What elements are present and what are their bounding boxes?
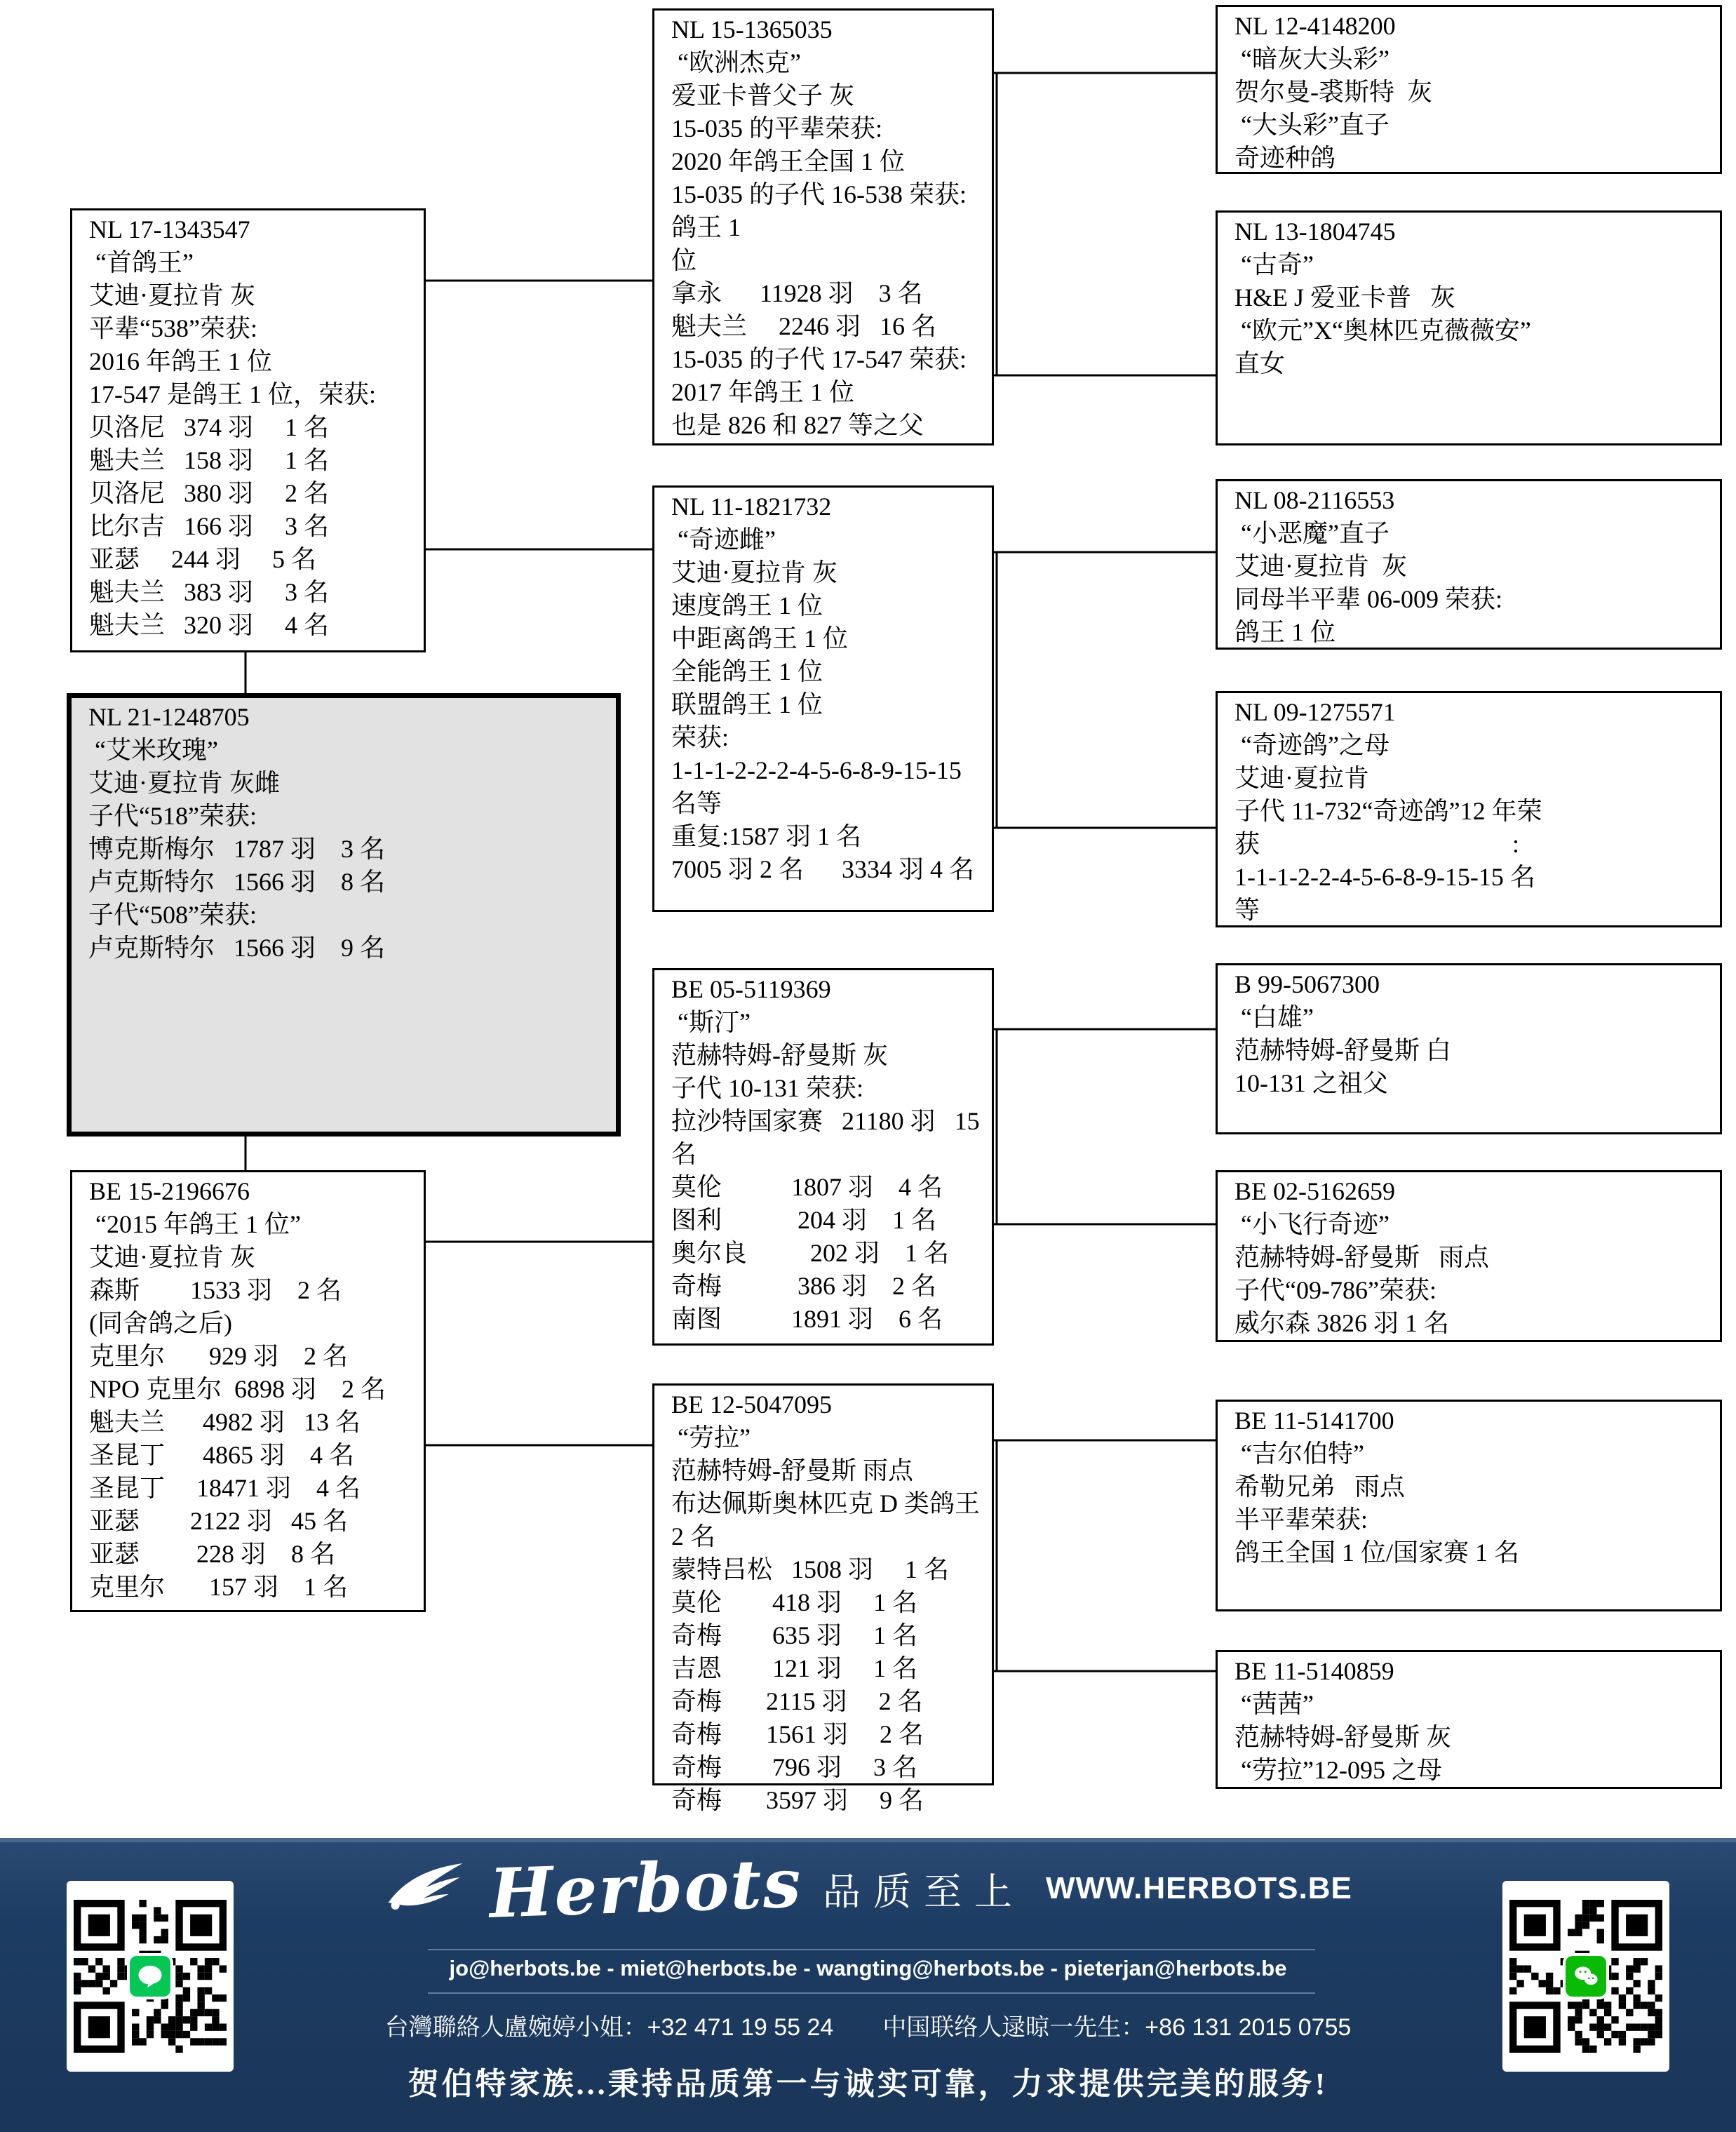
pedigree-line: 中距离鸽王 1 位 (671, 622, 985, 655)
pedigree-line: 魁夫兰 383 羽 3 名 (89, 576, 417, 609)
pedigree-line: “劳拉”12-095 之母 (1234, 1754, 1713, 1787)
pedigree-line: 卢克斯特尔 1566 羽 8 名 (88, 866, 609, 899)
brand-website: WWW.HERBOTS.BE (1046, 1871, 1352, 1906)
pedigree-line: 比尔吉 166 羽 3 名 (89, 510, 417, 543)
herbots-wing-logo (384, 1859, 468, 1918)
pedigree-line: 15-035 的平辈荣获: (671, 112, 985, 145)
pedigree-line: 获 : (1234, 828, 1713, 861)
pedigree-line: 布达佩斯奥林匹克 D 类鸽王 2 名 (671, 1487, 985, 1553)
pedigree-line: (同舍鸽之后) (89, 1307, 417, 1340)
pedigree-line: H&E J 爱亚卡普 灰 (1234, 281, 1713, 314)
pedigree-box-p3: BE 05-5119369 “斯汀”范赫特姆-舒曼斯 灰子代 10-131 荣获… (652, 968, 994, 1346)
pedigree-line: “2015 年鸽王 1 位” (89, 1208, 417, 1241)
pedigree-line: 奥尔良 202 羽 1 名 (671, 1237, 985, 1270)
pedigree-box-g8: BE 11-5140859 “茜茜”范赫特姆-舒曼斯 灰 “劳拉”12-095 … (1216, 1650, 1722, 1789)
pedigree-line: B 99-5067300 (1234, 968, 1713, 1001)
pedigree-line: 10-131 之祖父 (1234, 1067, 1713, 1100)
pedigree-line: “暗灰大头彩” (1234, 43, 1713, 76)
pedigree-line: BE 02-5162659 (1234, 1175, 1713, 1208)
pedigree-line: NL 21-1248705 (88, 701, 609, 734)
pedigree-line: 莫伦 418 羽 1 名 (671, 1586, 985, 1619)
pedigree-line: “斯汀” (671, 1006, 985, 1039)
pedigree-line: 魁夫兰 320 羽 4 名 (89, 609, 417, 642)
pedigree-line: 威尔森 3826 羽 1 名 (1234, 1307, 1713, 1340)
pedigree-box-g4: NL 09-1275571 “奇迹鸽”之母艾迪·夏拉肯子代 11-732“奇迹鸽… (1216, 691, 1722, 927)
pedigree-line: “茜茜” (1234, 1688, 1713, 1721)
pedigree-line: 拿永 11928 羽 3 名 (671, 277, 985, 310)
pedigree-line: NL 15-1365035 (671, 13, 985, 46)
brand-tagline: 品质至上 (823, 1862, 1025, 1916)
pedigree-line: “艾米玫瑰” (88, 734, 609, 767)
pedigree-line: NL 11-1821732 (671, 490, 985, 523)
pedigree-box-p1: NL 15-1365035 “欧洲杰克”爱亚卡普父子 灰15-035 的平辈荣获… (652, 8, 994, 445)
pedigree-line: BE 11-5140859 (1234, 1655, 1713, 1688)
pedigree-box-g2: NL 13-1804745 “古奇”H&E J 爱亚卡普 灰 “欧元”X“奥林匹… (1216, 210, 1722, 445)
pedigree-line: 艾迪·夏拉肯 灰 (671, 556, 985, 589)
pedigree-line: 奇梅 796 羽 3 名 (671, 1751, 985, 1784)
pedigree-line: 亚瑟 228 羽 8 名 (89, 1538, 417, 1571)
pedigree-box-p2: NL 11-1821732 “奇迹雌”艾迪·夏拉肯 灰速度鸽王 1 位中距离鸽王… (652, 485, 994, 912)
pedigree-line: 蒙特吕松 1508 羽 1 名 (671, 1553, 985, 1586)
pedigree-line: NL 17-1343547 (89, 213, 417, 246)
pedigree-box-g6: BE 02-5162659 “小飞行奇迹”范赫特姆-舒曼斯 雨点子代“09-78… (1216, 1170, 1722, 1342)
pedigree-line: 17-547 是鸽王 1 位，荣获: (89, 378, 417, 411)
pedigree-line: 子代“09-786”荣获: (1234, 1274, 1713, 1307)
pedigree-line: 南图 1891 羽 6 名 (671, 1303, 985, 1336)
pedigree-line: 半平辈荣获: (1234, 1503, 1713, 1536)
pedigree-line: BE 05-5119369 (671, 973, 985, 1006)
pedigree-line: “欧洲杰克” (671, 46, 985, 79)
pedigree-line: 艾迪·夏拉肯 灰雌 (88, 767, 609, 800)
pedigree-line: 直女 (1234, 347, 1713, 380)
pedigree-box-sire: NL 17-1343547 “首鸽王”艾迪·夏拉肯 灰平辈“538”荣获:201… (70, 208, 426, 652)
pedigree-line: 范赫特姆-舒曼斯 灰 (671, 1039, 985, 1072)
pedigree-line: 2017 年鸽王 1 位 (671, 376, 985, 409)
pedigree-line: 贝洛尼 380 羽 2 名 (89, 477, 417, 510)
pedigree-line: 重复:1587 羽 1 名 (671, 820, 985, 853)
pedigree-line: 克里尔 157 羽 1 名 (89, 1571, 417, 1604)
pedigree-line: “首鸽王” (89, 246, 417, 279)
pedigree-line: BE 12-5047095 (671, 1388, 985, 1421)
pedigree-line: 15-035 的子代 16-538 荣获:鸽王 1 (671, 178, 985, 244)
pedigree-line: 魁夫兰 158 羽 1 名 (89, 444, 417, 477)
pedigree-box-subject: NL 21-1248705 “艾米玫瑰”艾迪·夏拉肯 灰雌子代“518”荣获:博… (67, 693, 621, 1137)
pedigree-line: BE 15-2196676 (89, 1175, 417, 1208)
pedigree-line: 平辈“538”荣获: (89, 312, 417, 345)
pedigree-line: 子代 10-131 荣获: (671, 1072, 985, 1105)
pedigree-line: NL 08-2116553 (1234, 484, 1713, 517)
pedigree-line: “大头彩”直子 (1234, 109, 1713, 142)
pedigree-line: 贝洛尼 374 羽 1 名 (89, 411, 417, 444)
brand-name: Herbots (488, 1848, 803, 1929)
pedigree-line: 7005 羽 2 名 3334 羽 4 名 (671, 853, 985, 886)
pedigree-line: 魁夫兰 4982 羽 13 名 (89, 1406, 417, 1439)
pedigree-line: 也是 826 和 827 等之父 (671, 409, 985, 442)
pedigree-line: NL 13-1804745 (1234, 215, 1713, 248)
pedigree-line: “白雄” (1234, 1001, 1713, 1034)
pedigree-box-g3: NL 08-2116553 “小恶魔”直子艾迪·夏拉肯 灰同母半平辈 06-00… (1216, 479, 1722, 650)
pedigree-line: 艾迪·夏拉肯 灰 (89, 1241, 417, 1274)
pedigree-line: “奇迹鸽”之母 (1234, 729, 1713, 762)
pedigree-box-g5: B 99-5067300 “白雄”范赫特姆-舒曼斯 白10-131 之祖父 (1216, 963, 1722, 1134)
pedigree-box-p4: BE 12-5047095 “劳拉”范赫特姆-舒曼斯 雨点布达佩斯奥林匹克 D … (652, 1383, 994, 1785)
pedigree-line: 范赫特姆-舒曼斯 雨点 (1234, 1241, 1713, 1274)
pedigree-line: 同母半平辈 06-009 荣获: (1234, 583, 1713, 616)
divider (428, 1949, 1315, 1950)
contact-china: 中国联络人逯晾一先生：+86 131 2015 0755 (882, 2014, 1351, 2041)
contact-taiwan: 台灣聯絡人盧婉婷小姐：+32 471 19 55 24 (385, 2014, 834, 2041)
pedigree-box-dam: BE 15-2196676 “2015 年鸽王 1 位”艾迪·夏拉肯 灰森斯 1… (70, 1170, 426, 1612)
pedigree-line: BE 11-5141700 (1234, 1404, 1713, 1437)
pedigree-line: 荣获: (671, 721, 985, 754)
pedigree-line: NL 09-1275571 (1234, 696, 1713, 729)
pedigree-line: 全能鸽王 1 位 (671, 655, 985, 688)
pedigree-page: NL 17-1343547 “首鸽王”艾迪·夏拉肯 灰平辈“538”荣获:201… (0, 0, 1736, 2132)
pedigree-line: 2016 年鸽王 1 位 (89, 345, 417, 378)
pedigree-line: 吉恩 121 羽 1 名 (671, 1652, 985, 1685)
pedigree-line: 速度鸽王 1 位 (671, 589, 985, 622)
pedigree-line: 圣昆丁 18471 羽 4 名 (89, 1472, 417, 1505)
pedigree-line: 图利 204 羽 1 名 (671, 1204, 985, 1237)
pedigree-line: 鸽王 1 位 (1234, 616, 1713, 649)
pedigree-line: “奇迹雌” (671, 523, 985, 556)
pedigree-line: 子代“518”荣获: (88, 800, 609, 833)
pedigree-line: “劳拉” (671, 1421, 985, 1454)
pedigree-line: 奇梅 1561 羽 2 名 (671, 1718, 985, 1751)
footer-slogan: 贺伯特家族...秉持品质第一与诚实可靠，力求提供完美的服务! (0, 2058, 1736, 2103)
pedigree-line: 鸽王全国 1 位/国家赛 1 名 (1234, 1536, 1713, 1569)
pedigree-box-g1: NL 12-4148200 “暗灰大头彩”贺尔曼-裘斯特 灰 “大头彩”直子奇迹… (1216, 5, 1722, 174)
pedigree-line: 奇梅 635 羽 1 名 (671, 1619, 985, 1652)
pedigree-line: NPO 克里尔 6898 羽 2 名 (89, 1373, 417, 1406)
pedigree-line: 范赫特姆-舒曼斯 白 (1234, 1034, 1713, 1067)
pedigree-line: 艾迪·夏拉肯 灰 (1234, 550, 1713, 583)
pedigree-line: 圣昆丁 4865 羽 4 名 (89, 1439, 417, 1472)
pedigree-line: 希勒兄弟 雨点 (1234, 1470, 1713, 1503)
pedigree-line: 亚瑟 2122 羽 45 名 (89, 1505, 417, 1538)
pedigree-line: 博克斯梅尔 1787 羽 3 名 (88, 833, 609, 866)
pedigree-line: 2020 年鸽王全国 1 位 (671, 145, 985, 178)
pedigree-line: “古奇” (1234, 248, 1713, 281)
pedigree-line: 1-1-1-2-2-4-5-6-8-9-15-15 名 (1234, 861, 1713, 894)
pedigree-line: 莫伦 1807 羽 4 名 (671, 1171, 985, 1204)
pedigree-line: 位 (671, 244, 985, 277)
pedigree-line: 艾迪·夏拉肯 (1234, 762, 1713, 795)
divider (428, 1992, 1315, 1994)
pedigree-line: “吉尔伯特” (1234, 1437, 1713, 1470)
pedigree-line: 爱亚卡普父子 灰 (671, 79, 985, 112)
pedigree-line: 等 (1234, 894, 1713, 927)
pedigree-line: 艾迪·夏拉肯 灰 (89, 279, 417, 312)
pedigree-line: 魁夫兰 2246 羽 16 名 (671, 310, 985, 343)
pedigree-line: 克里尔 929 羽 2 名 (89, 1340, 417, 1373)
brand-row: Herbots 品质至上 WWW.HERBOTS.BE (384, 1853, 1352, 1924)
pedigree-line: 联盟鸽王 1 位 (671, 688, 985, 721)
pedigree-line: 奇梅 386 羽 2 名 (671, 1270, 985, 1303)
pedigree-line: NL 12-4148200 (1234, 10, 1713, 43)
pedigree-line: “小飞行奇迹” (1234, 1208, 1713, 1241)
pedigree-box-g7: BE 11-5141700 “吉尔伯特”希勒兄弟 雨点半平辈荣获:鸽王全国 1 … (1216, 1400, 1722, 1611)
pedigree-line: 森斯 1533 羽 2 名 (89, 1274, 417, 1307)
pedigree-line: “小恶魔”直子 (1234, 517, 1713, 550)
pedigree-line: 子代 11-732“奇迹鸽”12 年荣 (1234, 795, 1713, 828)
pedigree-line: 拉沙特国家赛 21180 羽 15 名 (671, 1105, 985, 1171)
contact-emails: jo@herbots.be - miet@herbots.be - wangti… (0, 1956, 1736, 1981)
pedigree-line: 1-1-1-2-2-2-4-5-6-8-9-15-15 名等 (671, 754, 985, 820)
footer: Herbots 品质至上 WWW.HERBOTS.BE jo@herbots.b… (0, 1838, 1736, 2132)
pedigree-line: 奇梅 3597 羽 9 名 (671, 1784, 985, 1817)
pedigree-line: 15-035 的子代 17-547 荣获: (671, 343, 985, 376)
pedigree-line: 奇梅 2115 羽 2 名 (671, 1685, 985, 1718)
pedigree-line: 子代“508”荣获: (88, 899, 609, 932)
pedigree-line: 范赫特姆-舒曼斯 雨点 (671, 1454, 985, 1487)
pedigree-line: 贺尔曼-裘斯特 灰 (1234, 76, 1713, 109)
pedigree-line: “欧元”X“奥林匹克薇薇安” (1234, 314, 1713, 347)
contact-phones: 台灣聯絡人盧婉婷小姐：+32 471 19 55 24中国联络人逯晾一先生：+8… (0, 2008, 1736, 2042)
pedigree-line: 奇迹种鸽 (1234, 142, 1713, 175)
pedigree-line: 卢克斯特尔 1566 羽 9 名 (88, 932, 609, 965)
pedigree-line: 亚瑟 244 羽 5 名 (89, 543, 417, 576)
pedigree-line: 范赫特姆-舒曼斯 灰 (1234, 1721, 1713, 1754)
